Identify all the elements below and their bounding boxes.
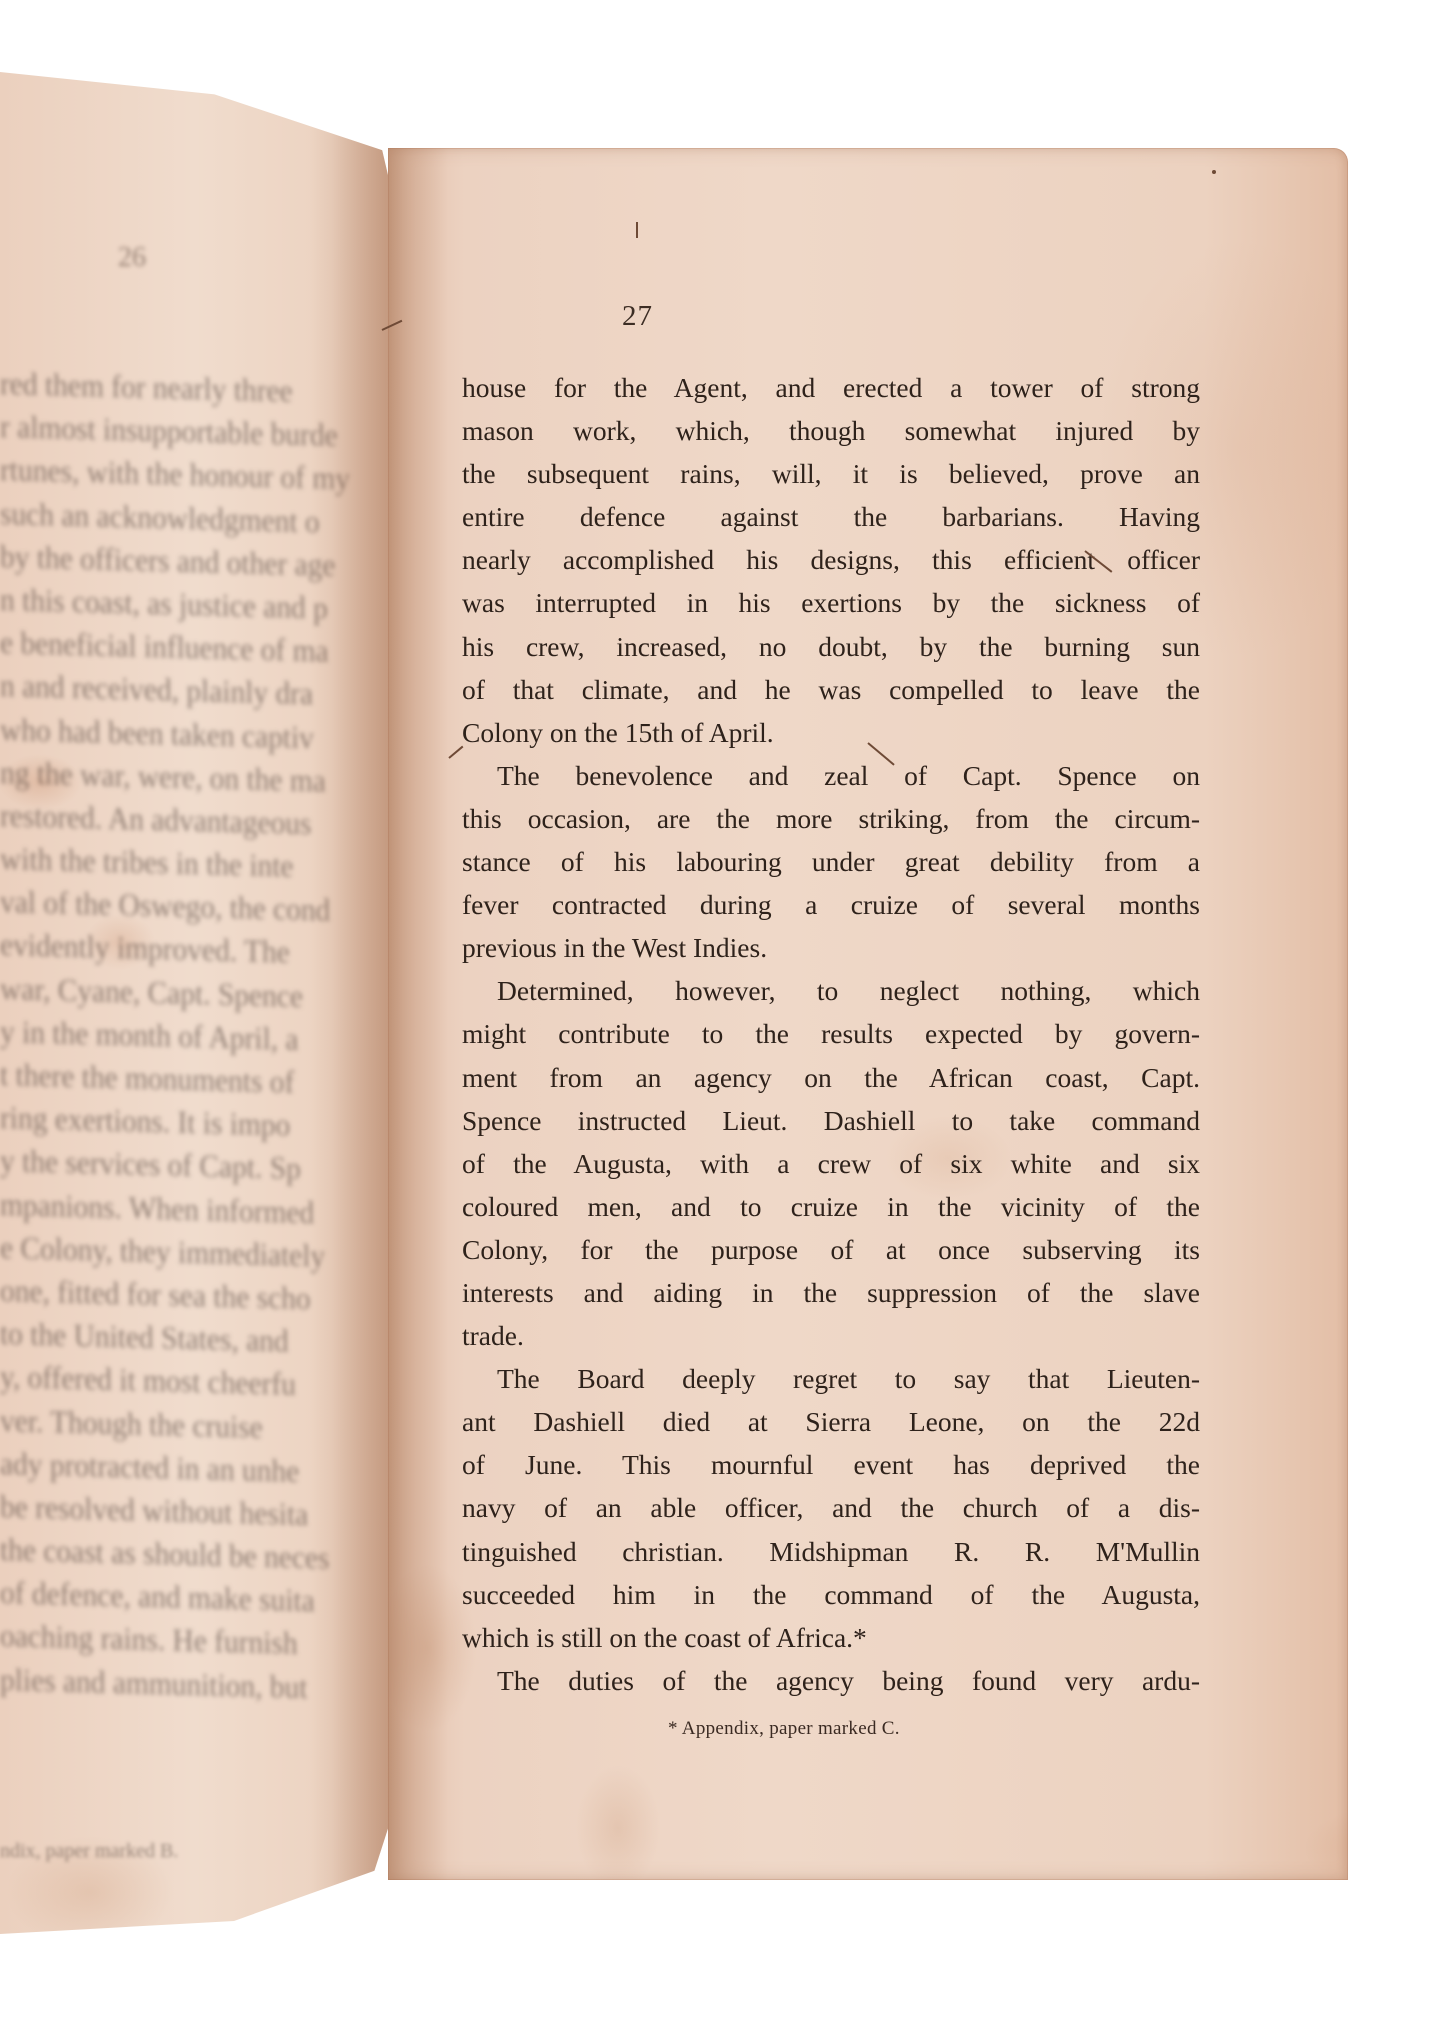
text-line: succeeded him in the command of the Augu… (462, 1573, 1200, 1616)
text-line: which is still on the coast of Africa.* (462, 1616, 1200, 1659)
text-line: the subsequent rains, will, it is believ… (462, 452, 1200, 495)
text-line: mason work, which, though somewhat injur… (462, 409, 1200, 452)
ink-speck (636, 222, 638, 238)
text-line: fever contracted during a cruize of seve… (462, 883, 1200, 926)
paragraph-start-line: The duties of the agency being found ver… (462, 1659, 1200, 1702)
text-line: navy of an able officer, and the church … (462, 1486, 1200, 1529)
text-line: his crew, increased, no doubt, by the bu… (462, 625, 1200, 668)
text-line: ment from an agency on the African coast… (462, 1056, 1200, 1099)
footnote: * Appendix, paper marked C. (668, 1718, 900, 1740)
left-page-curl-shadow (310, 72, 390, 1934)
text-line: might contribute to the results expected… (462, 1012, 1200, 1055)
text-line: stance of his labouring under great debi… (462, 840, 1200, 883)
text-line: of June. This mournful event has deprive… (462, 1443, 1200, 1486)
text-line: trade. (462, 1314, 1200, 1357)
left-page-number: 26 (118, 242, 146, 274)
text-line: Colony, for the purpose of at once subse… (462, 1228, 1200, 1271)
text-line: coloured men, and to cruize in the vicin… (462, 1185, 1200, 1228)
text-line: tinguished christian. Midshipman R. R. M… (462, 1530, 1200, 1573)
left-page: 26 red them for nearly three r almost in… (0, 72, 390, 1934)
gutter-shadow (388, 148, 448, 1880)
paragraph-start-line: The benevolence and zeal of Capt. Spence… (462, 754, 1200, 797)
page-body-text: house for the Agent, and erected a tower… (462, 366, 1200, 1702)
text-line: entire defence against the barbarians. H… (462, 495, 1200, 538)
left-page-footnote: ndix, paper marked B. (0, 1840, 178, 1863)
text-line: interests and aiding in the suppression … (462, 1271, 1200, 1314)
paragraph-start-line: The Board deeply regret to say that Lieu… (462, 1357, 1200, 1400)
text-line: was interrupted in his exertions by the … (462, 581, 1200, 624)
text-line: Colony on the 15th of April. (462, 711, 1200, 754)
paragraph-start-line: Determined, however, to neglect nothing,… (462, 969, 1200, 1012)
text-line: nearly accomplished his designs, this ef… (462, 538, 1200, 581)
page-number: 27 (622, 300, 653, 333)
text-line: of that climate, and he was compelled to… (462, 668, 1200, 711)
text-line: Spence instructed Lieut. Dashiell to tak… (462, 1099, 1200, 1142)
text-line: this occasion, are the more striking, fr… (462, 797, 1200, 840)
text-line: ant Dashiell died at Sierra Leone, on th… (462, 1400, 1200, 1443)
text-line: house for the Agent, and erected a tower… (462, 366, 1200, 409)
ink-speck (1212, 170, 1216, 174)
text-line: of the Augusta, with a crew of six white… (462, 1142, 1200, 1185)
text-line: previous in the West Indies. (462, 926, 1200, 969)
